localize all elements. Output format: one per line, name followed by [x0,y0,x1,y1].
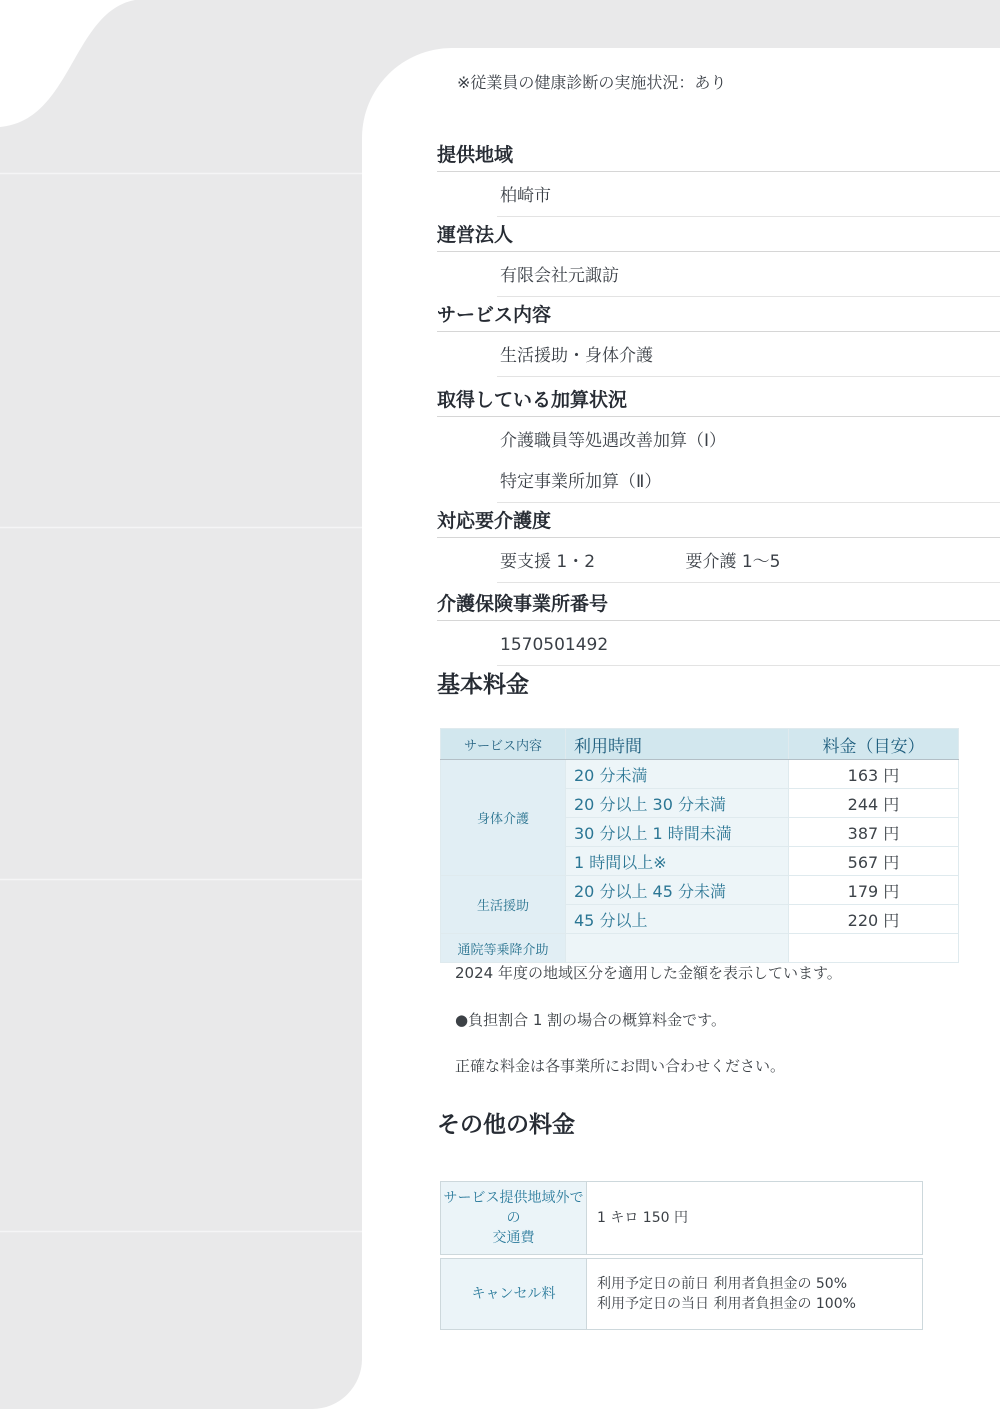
value-line: 利用予定日の当日 利用者負担金の 100% [597,1294,922,1314]
column-header-time: 利用時間 [566,729,789,760]
time-cell: 20 分未満 [566,760,789,789]
table-row: キャンセル料 利用予定日の前日 利用者負担金の 50% 利用予定日の当日 利用者… [440,1258,923,1330]
basic-fee-title: 基本料金 [437,671,529,699]
time-cell [566,934,789,963]
section-value: 特定事業所加算（Ⅱ） [437,471,1000,493]
value-divider [497,665,1000,666]
value-line: 利用予定日の前日 利用者負担金の 50% [597,1274,922,1294]
heading-divider [437,251,1000,252]
heading-divider [437,620,1000,621]
label-line: サービス提供地域外での [441,1188,586,1228]
other-fee-value-cancel: 利用予定日の前日 利用者負担金の 50% 利用予定日の当日 利用者負担金の 10… [587,1259,922,1329]
section-value: 生活援助・身体介護 [437,345,1000,367]
heading-divider [437,331,1000,332]
time-cell: 20 分以上 30 分未満 [566,789,789,818]
price-cell: 567 円 [789,847,959,876]
service-cell: 生活援助 [441,876,566,934]
section-additions: 取得している加算状況 介護職員等処遇改善加算（Ⅰ） 特定事業所加算（Ⅱ） [437,388,1000,503]
section-heading: サービス内容 [437,303,1000,327]
other-fee-label-cancel: キャンセル料 [441,1259,587,1329]
price-cell [789,934,959,963]
table-row: 身体介護 20 分未満 163 円 [441,760,959,789]
column-header-price: 料金（目安） [789,729,959,760]
value-divider [497,502,1000,503]
service-cell: 身体介護 [441,760,566,876]
heading-divider [437,171,1000,172]
heading-divider [437,416,1000,417]
section-value: 柏崎市 [437,185,1000,207]
other-fee-table: サービス提供地域外での 交通費 1 キロ 150 円 キャンセル料 利用予定日の… [440,1181,923,1330]
service-cell: 通院等乗降介助 [441,934,566,963]
section-office-number: 介護保険事業所番号 1570501492 [437,592,1000,666]
section-service-area: 提供地域 柏崎市 [437,143,1000,217]
care-level-support: 要支援 1・2 [500,552,595,572]
time-cell: 45 分以上 [566,905,789,934]
section-heading: 取得している加算状況 [437,388,1000,412]
other-fee-value-transport: 1 キロ 150 円 [587,1182,922,1254]
section-heading: 対応要介護度 [437,509,1000,533]
fee-note-contact: 正確な料金は各事業所にお問い合わせください。 [455,1056,785,1076]
section-care-levels: 対応要介護度 要支援 1・2 要介護 1〜5 [437,509,1000,583]
time-cell: 30 分以上 1 時間未満 [566,818,789,847]
table-row: 生活援助 20 分以上 45 分未満 179 円 [441,876,959,905]
other-fee-label-transport: サービス提供地域外での 交通費 [441,1182,587,1254]
price-cell: 244 円 [789,789,959,818]
label-line: 交通費 [493,1228,535,1248]
section-service-content: サービス内容 生活援助・身体介護 [437,303,1000,377]
fee-note-burden: ●負担割合 1 割の場合の概算料金です。 [455,1010,726,1030]
section-value: 介護職員等処遇改善加算（Ⅰ） [437,430,1000,452]
section-operator: 運営法人 有限会社元諏訪 [437,223,1000,297]
table-row: 通院等乗降介助 [441,934,959,963]
section-heading: 提供地域 [437,143,1000,167]
time-cell: 20 分以上 45 分未満 [566,876,789,905]
price-cell: 387 円 [789,818,959,847]
page-content: ※従業員の健康診断の実施状況：あり 提供地域 柏崎市 運営法人 有限会社元諏訪 … [0,0,1000,1409]
other-fee-title: その他の料金 [437,1111,575,1139]
value-divider [497,582,1000,583]
table-header-row: サービス内容 利用時間 料金（目安） [441,729,959,760]
fee-note-region: 2024 年度の地域区分を適用した金額を表示しています。 [455,963,842,983]
price-cell: 163 円 [789,760,959,789]
price-cell: 179 円 [789,876,959,905]
value-divider [497,216,1000,217]
heading-divider [437,537,1000,538]
column-header-service: サービス内容 [441,729,566,760]
value-line: 1 キロ 150 円 [597,1208,922,1228]
section-value: 要支援 1・2 要介護 1〜5 [437,551,1000,573]
section-heading: 運営法人 [437,223,1000,247]
value-divider [497,296,1000,297]
section-value: 有限会社元諏訪 [437,265,1000,287]
health-check-note: ※従業員の健康診断の実施状況：あり [457,73,726,93]
price-cell: 220 円 [789,905,959,934]
basic-fee-table: サービス内容 利用時間 料金（目安） 身体介護 20 分未満 163 円 20 … [440,728,959,963]
section-value: 1570501492 [437,634,1000,656]
table-row: サービス提供地域外での 交通費 1 キロ 150 円 [440,1181,923,1255]
time-cell: 1 時間以上※ [566,847,789,876]
care-level-nursing: 要介護 1〜5 [685,552,780,572]
label-line: キャンセル料 [472,1284,556,1304]
section-heading: 介護保険事業所番号 [437,592,1000,616]
value-divider [497,376,1000,377]
